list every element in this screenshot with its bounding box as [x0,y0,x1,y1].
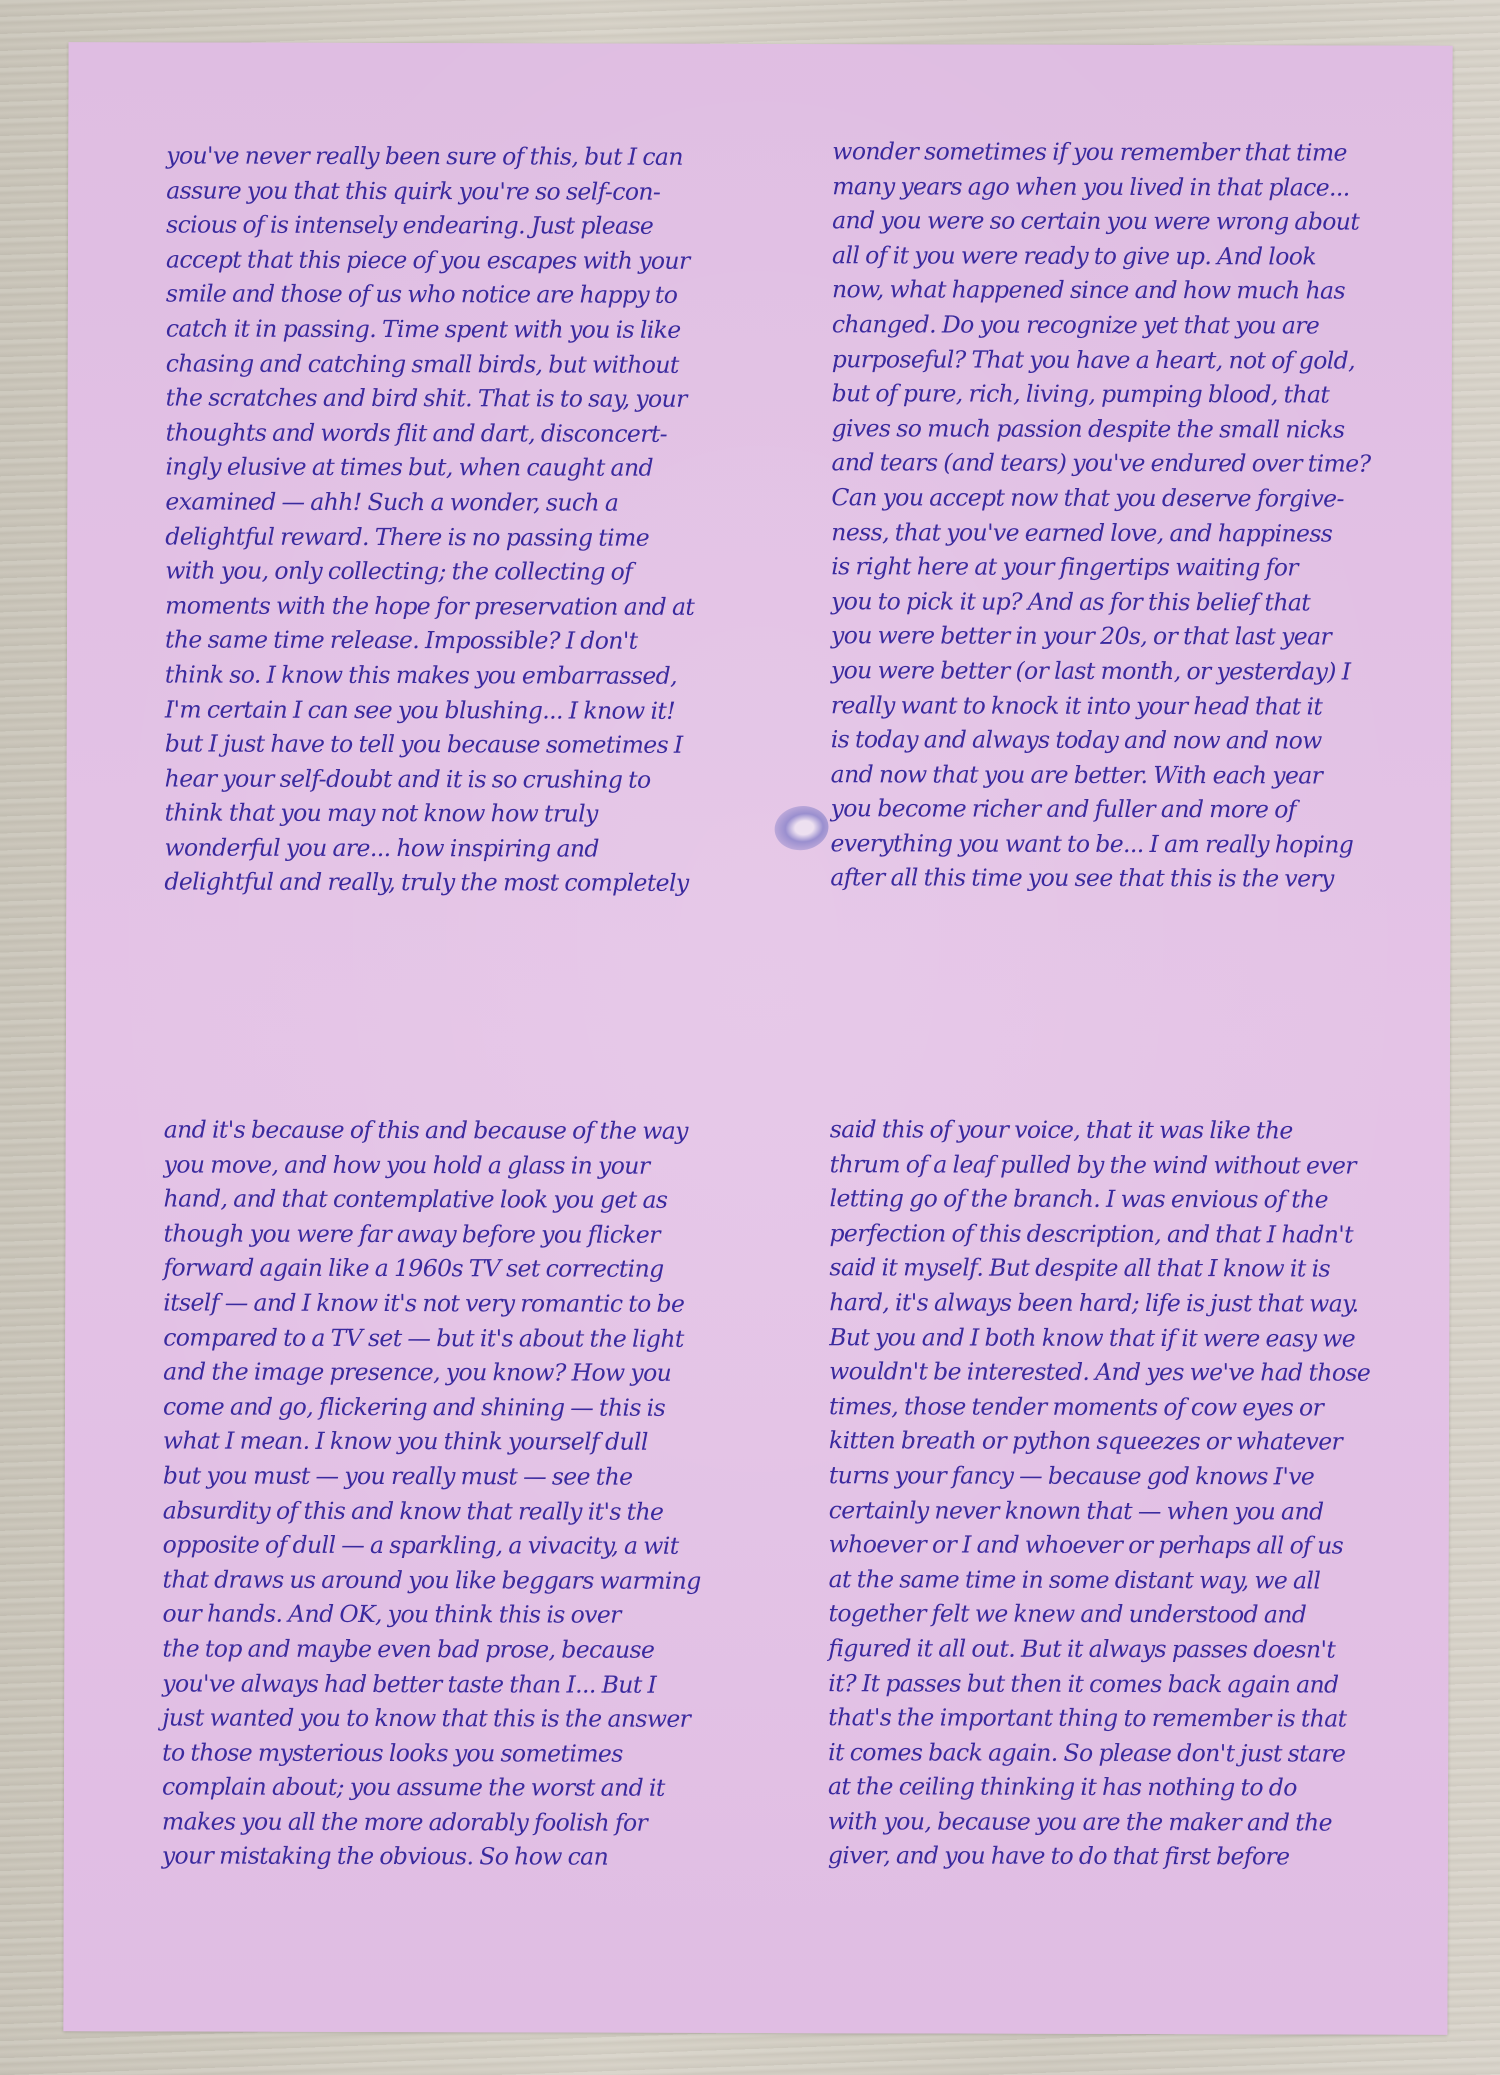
text-line: but of pure, rich, living, pumping blood… [832,376,1377,412]
text-line: is right here at your fingertips waiting… [831,549,1376,585]
text-line: ingly elusive at times but, when caught … [165,450,710,486]
text-line: delightful reward. There is no passing t… [165,519,710,555]
text-line: that draws us around you like beggars wa… [163,1562,708,1598]
text-line: said this of your voice, that it was lik… [830,1112,1375,1148]
text-line: together felt we knew and understood and [828,1596,1373,1632]
text-line: hear your self-doubt and it is so crushi… [165,761,710,797]
text-block-top-right: wonder sometimes if you remember that ti… [830,134,1377,896]
text-line: moments with the hope for preservation a… [165,588,710,624]
text-line: turns your fancy — because god knows I'v… [829,1458,1374,1494]
text-line: you were better (or last month, or yeste… [831,653,1376,689]
text-line: what I mean. I know you think yourself d… [163,1424,708,1460]
text-line: you've always had better taste than I...… [162,1666,707,1702]
text-line: you move, and how you hold a glass in yo… [164,1147,709,1183]
text-line: and you were so certain you were wrong a… [832,203,1377,239]
text-line: perfection of this description, and that… [829,1216,1374,1252]
text-line: is today and always today and now and no… [831,722,1376,758]
text-line: compared to a TV set — but it's about th… [163,1320,708,1356]
text-line: catch it in passing. Time spent with you… [166,311,711,347]
text-line: certainly never known that — when you an… [829,1493,1374,1529]
text-line: examined — ahh! Such a wonder, such a [165,484,710,520]
text-line: think that you may not know how truly [165,796,710,832]
text-line: that's the important thing to remember i… [828,1700,1373,1736]
text-line: everything you want to be... I am really… [830,826,1375,862]
text-line: now, what happened since and how much ha… [832,273,1377,309]
text-line: though you were far away before you flic… [163,1216,708,1252]
text-line: itself — and I know it's not very romant… [163,1285,708,1321]
text-line: wonder sometimes if you remember that ti… [832,134,1377,170]
text-line: the same time release. Impossible? I don… [165,623,710,659]
text-line: after all this time you see that this is… [830,861,1375,897]
text-line: changed. Do you recognize yet that you a… [832,307,1377,343]
text-line: the top and maybe even bad prose, becaus… [162,1631,707,1667]
text-line: it? It passes but then it comes back aga… [828,1666,1373,1702]
text-line: smile and those of us who notice are hap… [166,277,711,313]
text-block-top-left: you've never really been sure of this, b… [164,138,711,900]
text-line: at the ceiling thinking it has nothing t… [828,1769,1373,1805]
ink-blot [772,803,832,854]
text-line: our hands. And OK, you think this is ove… [162,1597,707,1633]
text-line: ness, that you've earned love, and happi… [831,515,1376,551]
text-line: but I just have to tell you because some… [165,727,710,763]
text-line: scious of is intensely endearing. Just p… [166,208,711,244]
text-line: assure you that this quirk you're so sel… [166,173,711,209]
text-line: delightful and really, truly the most co… [164,865,709,901]
text-line: many years ago when you lived in that pl… [832,169,1377,205]
text-line: think so. I know this makes you embarras… [165,657,710,693]
text-line: letting go of the branch. I was envious … [830,1181,1375,1217]
text-line: all of it you were ready to give up. And… [832,238,1377,274]
text-line: wonderful you are... how inspiring and [164,830,709,866]
calligraphy-sheet: you've never really been sure of this, b… [63,42,1452,2035]
text-line: you've never really been sure of this, b… [166,138,711,174]
text-line: absurdity of this and know that really i… [163,1493,708,1529]
text-line: kitten breath or python squeezes or what… [829,1424,1374,1460]
text-line: at the same time in some distant way, we… [829,1562,1374,1598]
text-line: really want to knock it into your head t… [831,688,1376,724]
text-line: you become richer and fuller and more of [831,791,1376,827]
text-line: but you must — you really must — see the [163,1458,708,1494]
text-line: gives so much passion despite the small … [832,411,1377,447]
text-line: But you and I both know that if it were … [829,1320,1374,1356]
text-line: makes you all the more adorably foolish … [162,1804,707,1840]
text-line: thoughts and words flit and dart, discon… [166,415,711,451]
text-line: hard, it's always been hard; life is jus… [829,1285,1374,1321]
text-line: times, those tender moments of cow eyes … [829,1389,1374,1425]
text-line: and the image presence, you know? How yo… [163,1355,708,1391]
text-line: with you, only collecting; the collectin… [165,554,710,590]
text-line: accept that this piece of you escapes wi… [166,242,711,278]
text-line: the scratches and bird shit. That is to … [166,381,711,417]
text-line: hand, and that contemplative look you ge… [164,1182,709,1218]
text-line: and it's because of this and because of … [164,1112,709,1148]
text-line: Can you accept now that you deserve forg… [831,480,1376,516]
text-line: said it myself. But despite all that I k… [829,1251,1374,1287]
text-line: just wanted you to know that this is the… [162,1701,707,1737]
text-line: complain about; you assume the worst and… [162,1770,707,1806]
text-line: come and go, flickering and shining — th… [163,1389,708,1425]
text-block-bottom-left: and it's because of this and because of … [162,1112,709,1874]
text-line: purposeful? That you have a heart, not o… [832,342,1377,378]
text-line: figured it all out. But it always passes… [828,1631,1373,1667]
text-line: I'm certain I can see you blushing... I … [165,692,710,728]
text-line: wouldn't be interested. And yes we've ha… [829,1354,1374,1390]
text-line: you to pick it up? And as for this belie… [831,584,1376,620]
text-line: and now that you are better. With each y… [831,757,1376,793]
text-line: chasing and catching small birds, but wi… [166,346,711,382]
text-line: and tears (and tears) you've endured ove… [831,446,1376,482]
text-line: thrum of a leaf pulled by the wind witho… [830,1147,1375,1183]
text-line: you were better in your 20s, or that las… [831,619,1376,655]
text-block-bottom-right: said this of your voice, that it was lik… [828,1112,1375,1874]
text-line: forward again like a 1960s TV set correc… [163,1251,708,1287]
text-line: your mistaking the obvious. So how can [162,1839,707,1875]
text-line: to those mysterious looks you sometimes [162,1735,707,1771]
text-line: it comes back again. So please don't jus… [828,1735,1373,1771]
text-line: with you, because you are the maker and … [828,1804,1373,1840]
text-line: opposite of dull — a sparkling, a vivaci… [163,1528,708,1564]
text-line: whoever or I and whoever or perhaps all … [829,1527,1374,1563]
text-line: giver, and you have to do that first bef… [828,1839,1373,1875]
